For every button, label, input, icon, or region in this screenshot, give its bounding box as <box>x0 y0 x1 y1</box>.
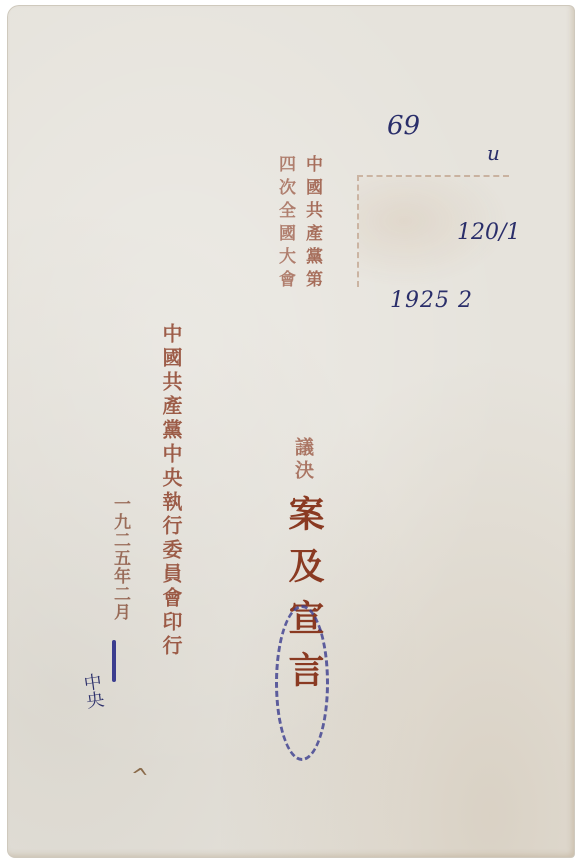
handwritten-number: 69 <box>387 111 420 141</box>
caret-mark: ^ <box>128 764 150 792</box>
handwritten-mark: u <box>487 141 500 165</box>
title-line-left: 四次全國大會 <box>273 155 298 293</box>
handwritten-note: 中央 <box>77 671 108 710</box>
publisher-line: 中國共產黨中央執行委員會印行 <box>157 323 186 659</box>
publication-date: 一九二五年二月 <box>108 495 133 621</box>
title-line-right: 中國共產黨第 <box>300 155 325 293</box>
blue-ink-stroke <box>112 640 116 682</box>
title-suffix: 議決 <box>290 437 317 483</box>
oval-stamp <box>275 605 329 761</box>
handwritten-date: 1925 2 <box>390 288 473 313</box>
document-page: 中國共產黨第 四次全國大會 議決 案及宣言 中國共產黨中央執行委員會印行 一九二… <box>7 5 575 858</box>
handwritten-catalog: 120/1 <box>457 220 520 245</box>
